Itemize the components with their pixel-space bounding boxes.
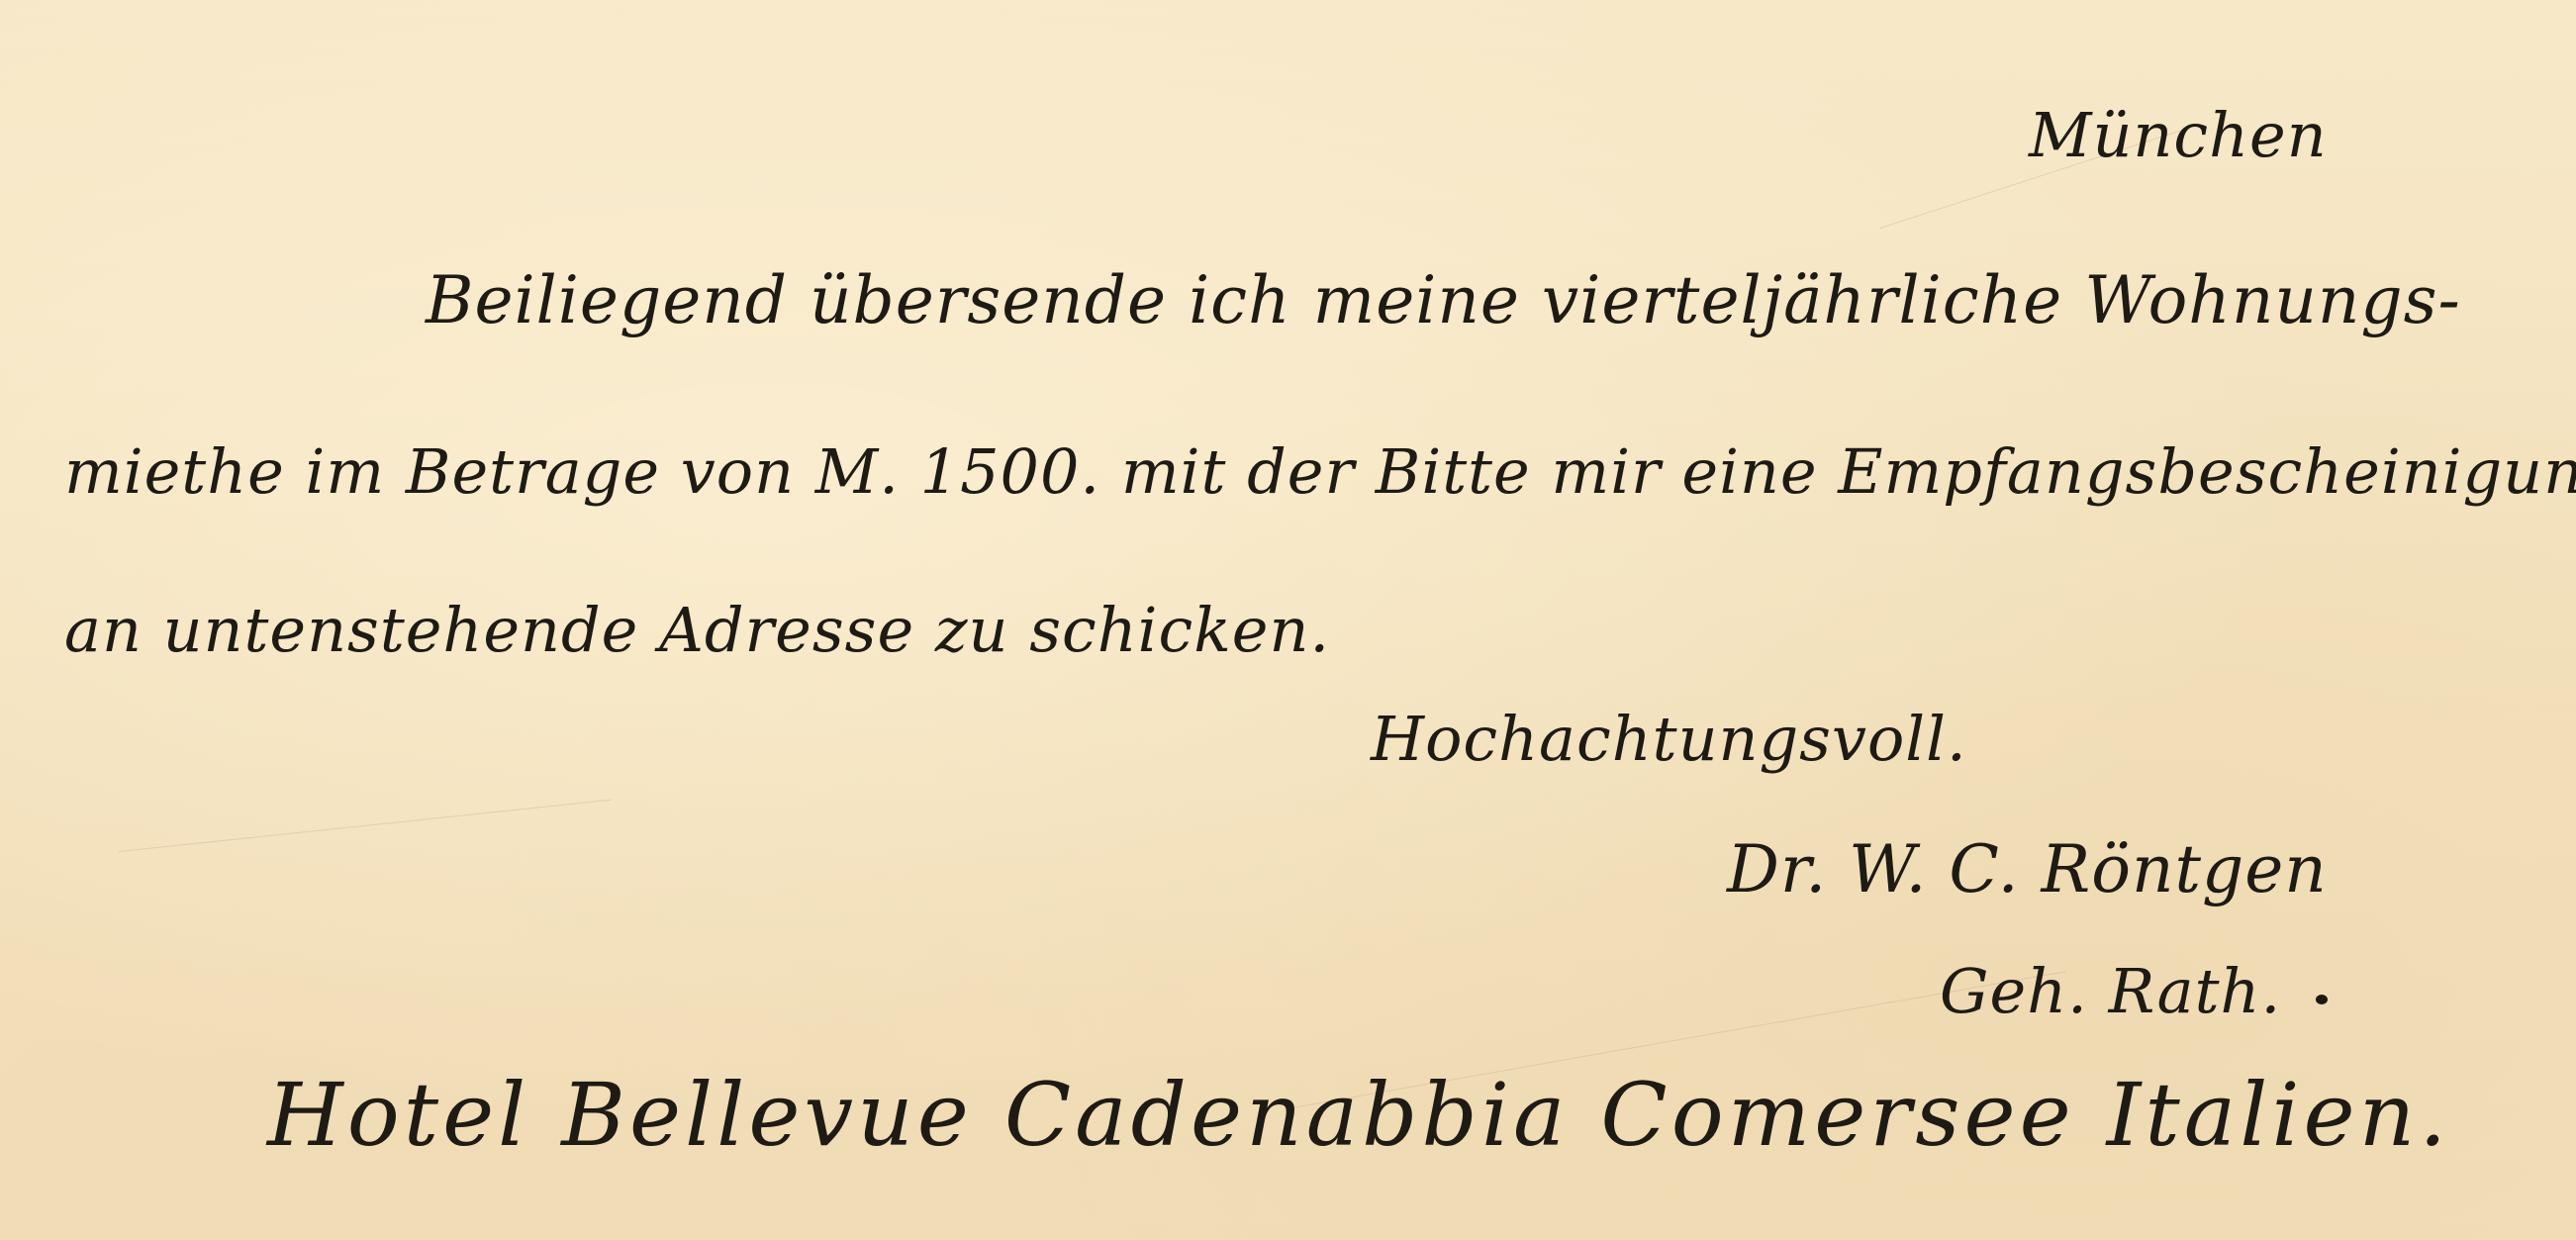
letter-signature: Dr. W. C. Röntgen [1727,831,2328,907]
signature-title: Geh. Rath. [1940,955,2281,1027]
letter-body-line-3: an untenstehende Adresse zu schicken. [64,594,1330,666]
letter-body-line-2: miethe im Betrage von M. 1500. mit der B… [64,435,2576,508]
letter-place-heading: München [2029,99,2328,171]
letter-closing: Hochachtungsvoll. [1371,703,1967,775]
letter-body-line-1: Beiliegend übersende ich meine vierteljä… [426,262,2461,338]
return-address: Hotel Bellevue Cadenabbia Comersee Itali… [267,1064,2450,1166]
paper-crease [119,800,611,852]
letter-page: München Beiliegend übersende ich meine v… [0,0,2576,1240]
ink-blot [2316,995,2328,1004]
